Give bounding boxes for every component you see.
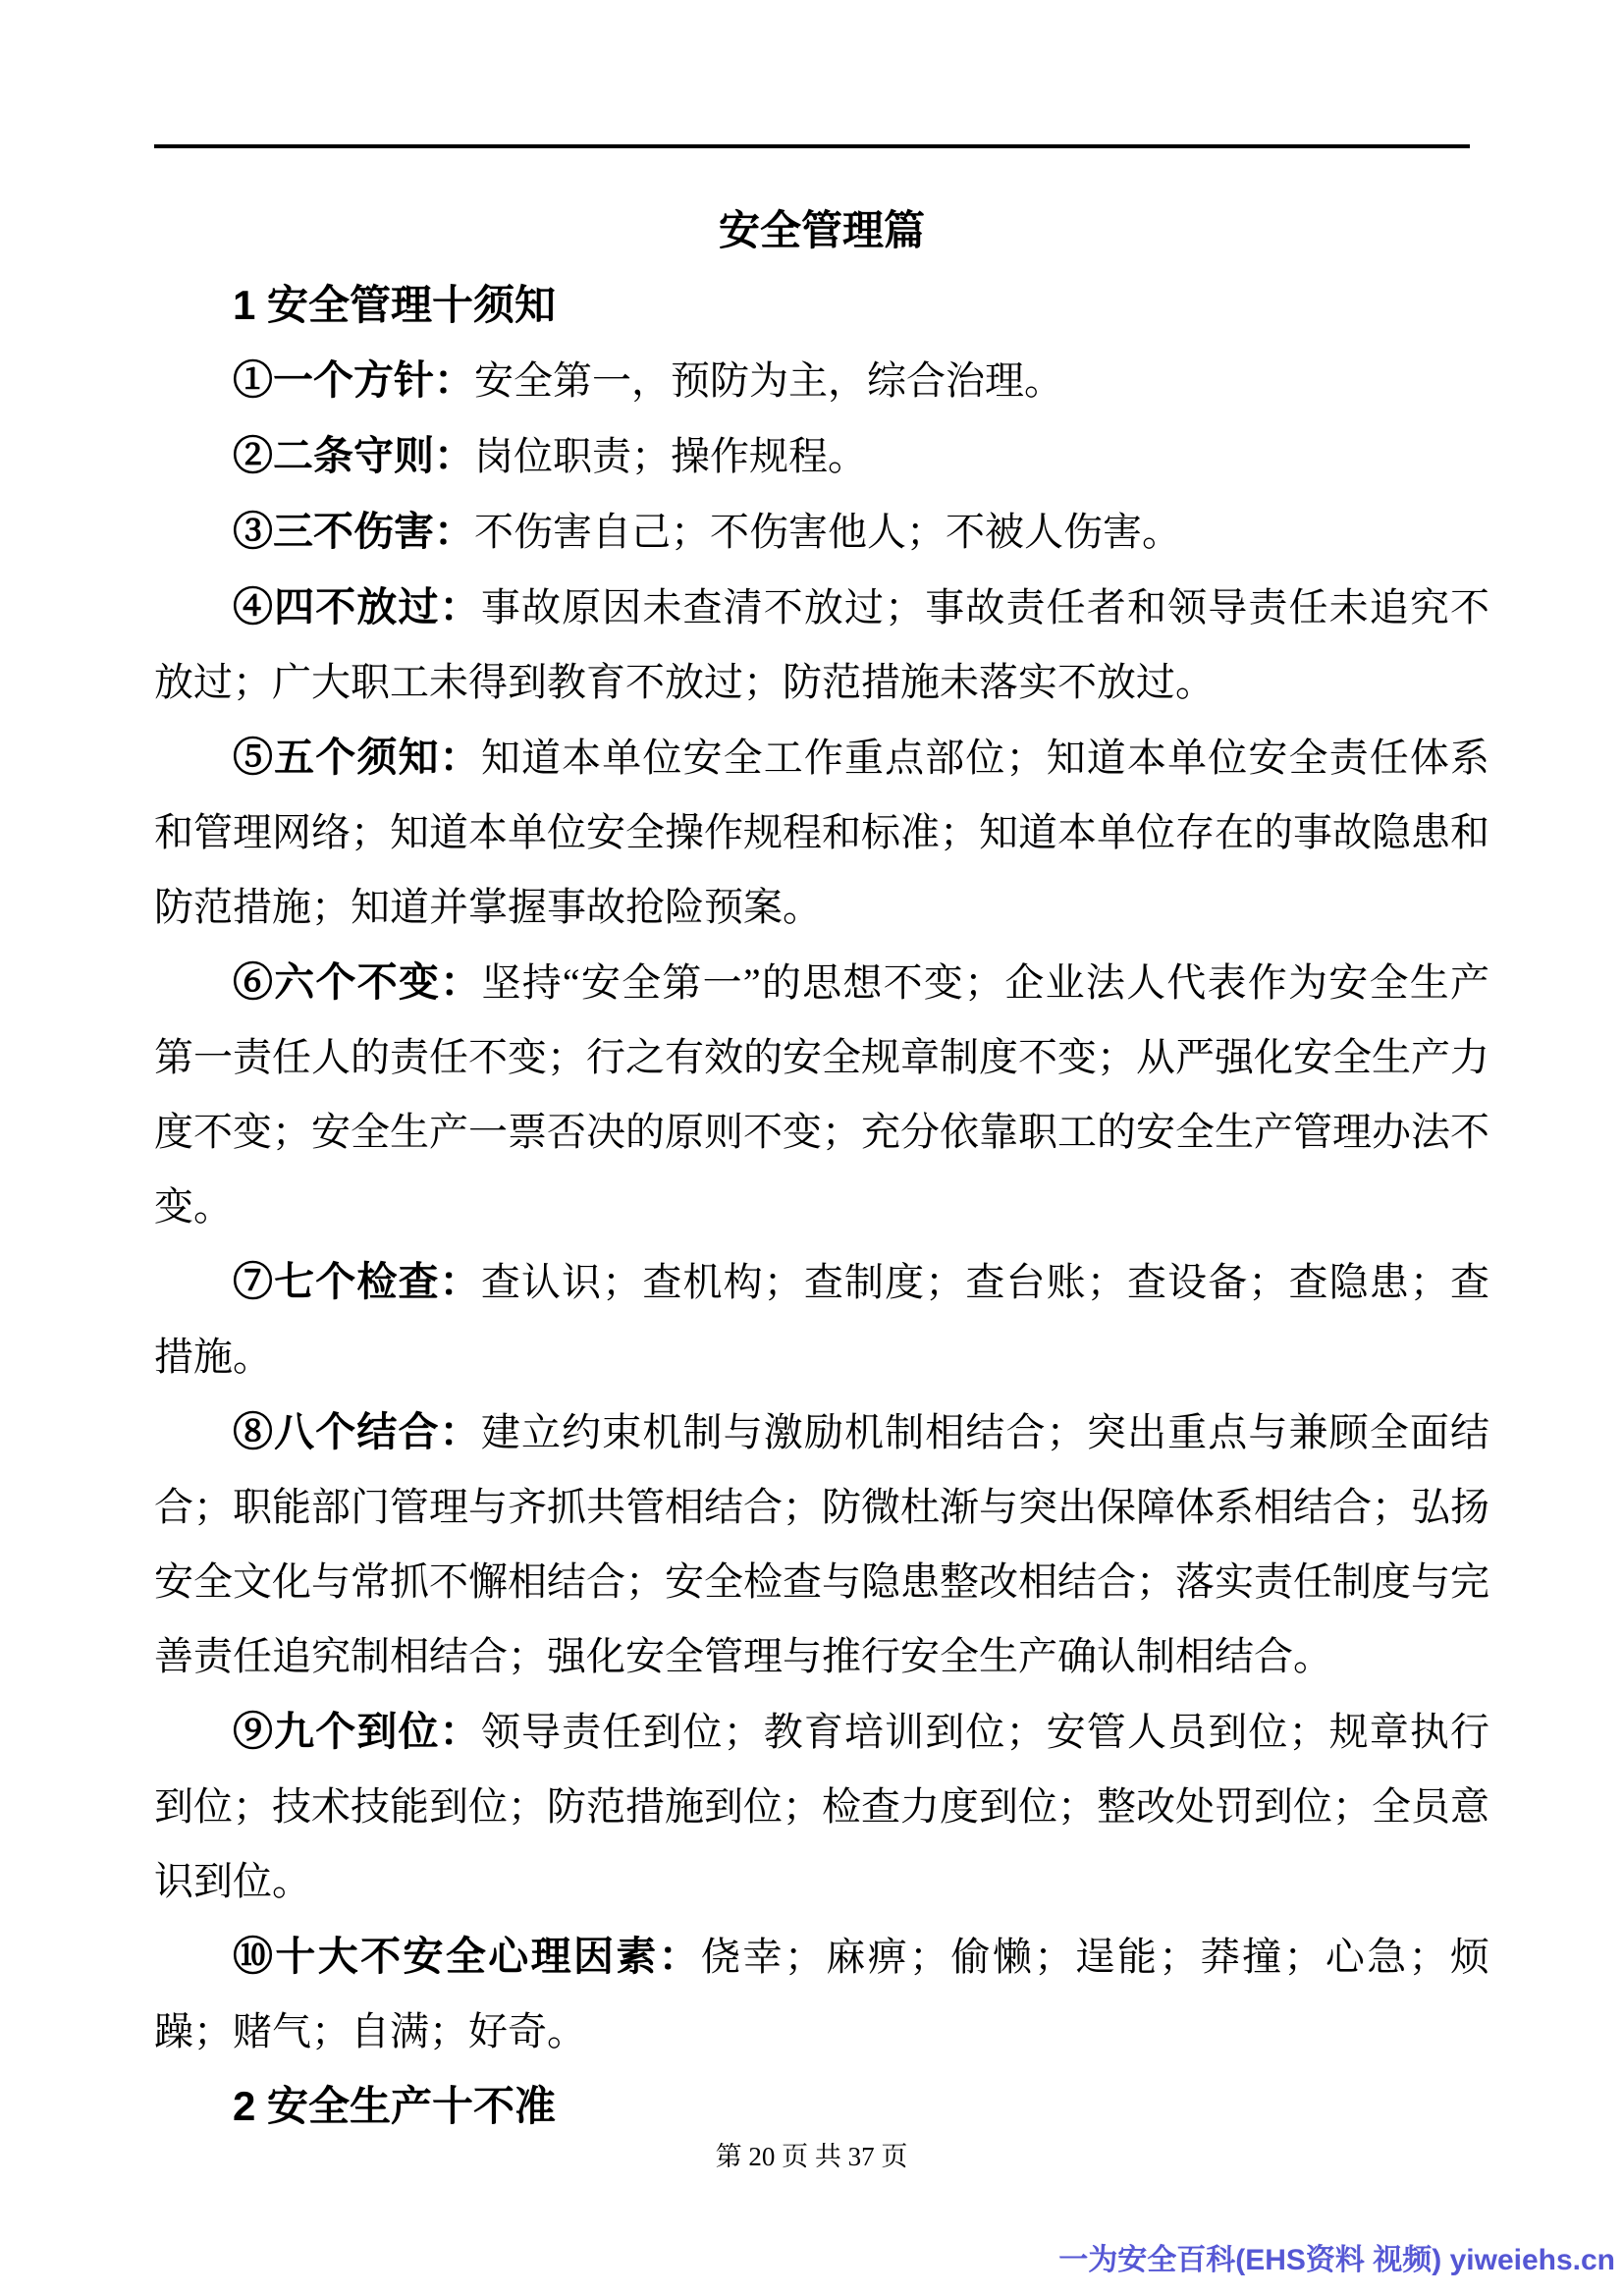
list-item: ⑨九个到位：领导责任到位；教育培训到位；安管人员到位；规章执行到位；技术技能到位… — [154, 1694, 1489, 1919]
list-item: ⑤五个须知：知道本单位安全工作重点部位；知道本单位安全责任体系和管理网络；知道本… — [154, 720, 1489, 945]
list-item: ⑧八个结合：建立约束机制与激励机制相结合；突出重点与兼顾全面结合；职能部门管理与… — [154, 1394, 1489, 1694]
list-item: ②二条守则：岗位职责；操作规程。 — [154, 418, 1489, 494]
item-number-label: ⑨九个到位： — [233, 1709, 481, 1754]
item-text: 不伤害自己；不伤害他人；不被人伤害。 — [474, 510, 1181, 554]
page-number: 第 20 页 共 37 页 — [0, 2135, 1623, 2173]
list-item: ③三不伤害：不伤害自己；不伤害他人；不被人伤害。 — [154, 494, 1489, 570]
item-number-label: ⑦七个检查： — [233, 1259, 481, 1304]
item-number-label: ②二条守则： — [233, 433, 474, 478]
list-item: ④四不放过：事故原因未查清不放过；事故责任者和领导责任未追究不放过；广大职工未得… — [154, 570, 1489, 720]
list-item: ⑩十大不安全心理因素：侥幸；麻痹；偷懒；逞能；莽撞；心急；烦躁；赌气；自满；好奇… — [154, 1919, 1489, 2069]
document-body: 安全管理篇 1 安全管理十须知 ①一个方针：安全第一，预防为主，综合治理。②二条… — [154, 193, 1489, 2144]
item-number-label: ①一个方针： — [233, 357, 474, 403]
site-watermark: 一为安全百科(EHS资料 视频) yiweiehs.cn — [1058, 2235, 1615, 2278]
document-title: 安全管理篇 — [154, 193, 1489, 268]
item-number-label: ④四不放过： — [233, 584, 481, 629]
item-text: 岗位职责；操作规程。 — [474, 434, 867, 478]
item-number-label: ⑧八个结合： — [233, 1409, 481, 1454]
section-1-items: ①一个方针：安全第一，预防为主，综合治理。②二条守则：岗位职责；操作规程。③三不… — [154, 343, 1489, 2069]
section-1-heading: 1 安全管理十须知 — [154, 268, 1489, 343]
item-number-label: ⑩十大不安全心理因素： — [233, 1934, 701, 1979]
list-item: ⑦七个检查：查认识；查机构；查制度；查台账；查设备；查隐患；查措施。 — [154, 1244, 1489, 1394]
header-rule — [154, 144, 1470, 148]
section-2-heading: 2 安全生产十不准 — [154, 2069, 1489, 2144]
document-page: 安全管理篇 1 安全管理十须知 ①一个方针：安全第一，预防为主，综合治理。②二条… — [0, 0, 1623, 2296]
item-text: 安全第一，预防为主，综合治理。 — [474, 358, 1063, 403]
item-number-label: ⑤五个须知： — [233, 735, 481, 780]
list-item: ①一个方针：安全第一，预防为主，综合治理。 — [154, 343, 1489, 418]
item-number-label: ⑥六个不变： — [233, 959, 481, 1005]
item-number-label: ③三不伤害： — [233, 509, 474, 554]
list-item: ⑥六个不变：坚持“安全第一”的思想不变；企业法人代表作为安全生产第一责任人的责任… — [154, 945, 1489, 1244]
